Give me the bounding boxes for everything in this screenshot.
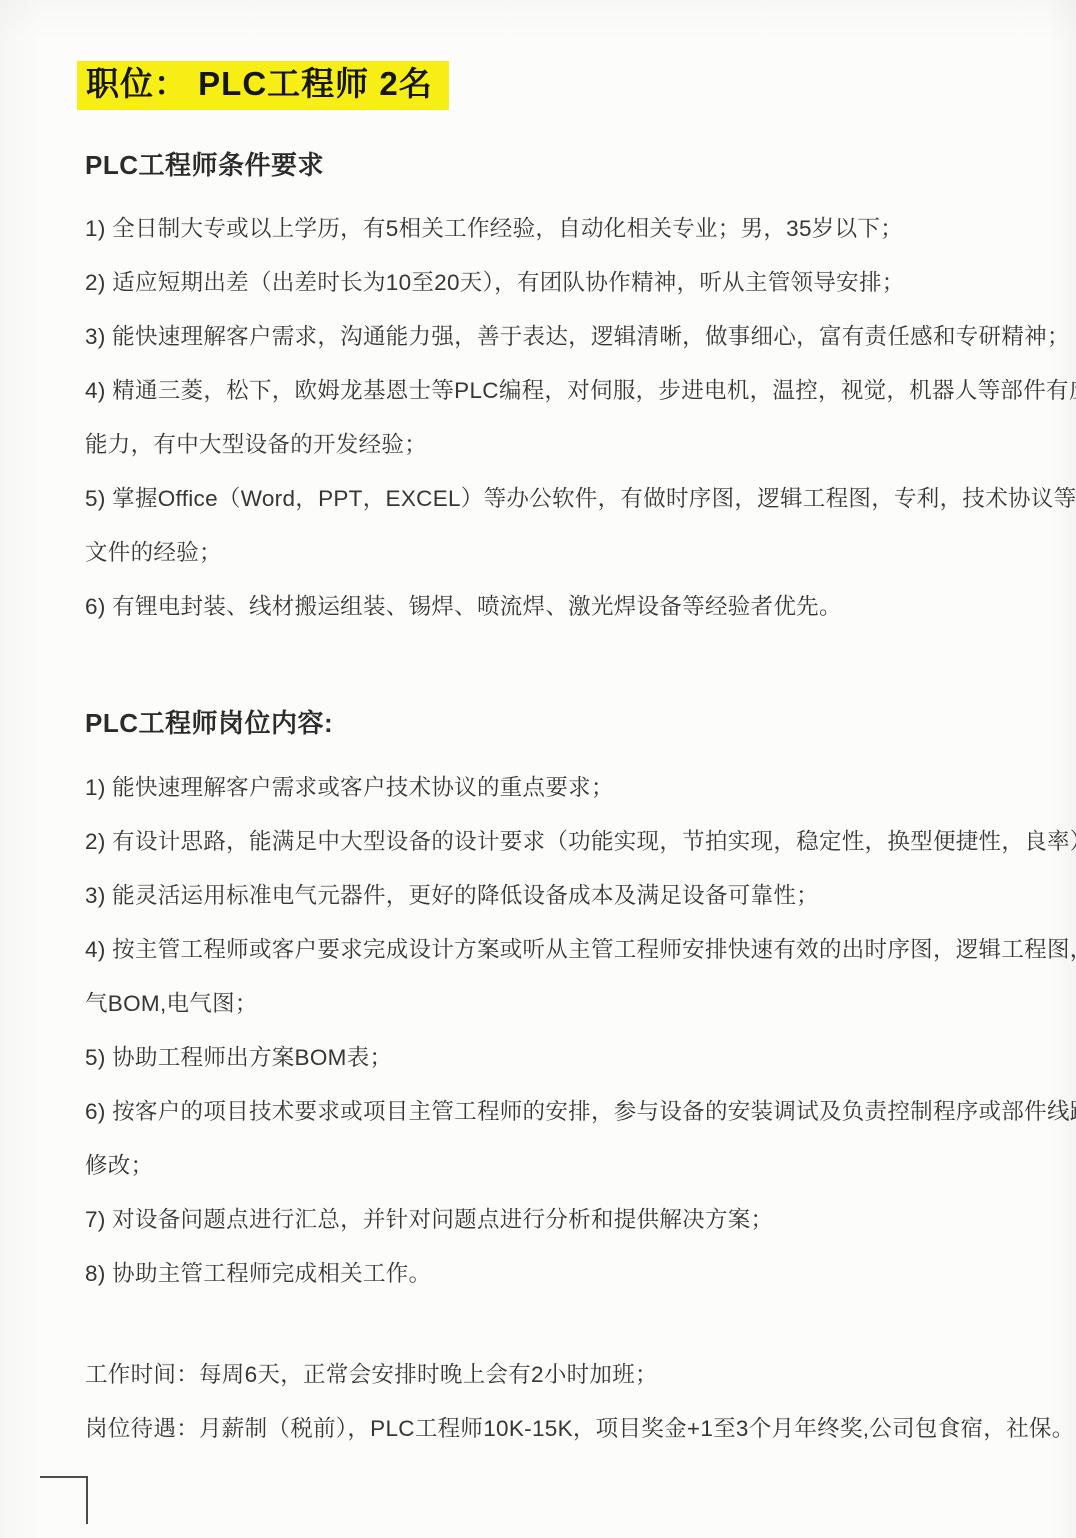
duties-list: 1) 能快速理解客户需求或客户技术协议的重点要求； 2) 有设计思路，能满足中大… [85,761,1060,1301]
requirement-item-4-line-2: 能力，有中大型设备的开发经验； [85,418,1060,472]
job-posting-page: 职位： PLC工程师 2名 PLC工程师条件要求 1) 全日制大专或以上学历，有… [0,0,1076,1538]
requirements-heading: PLC工程师条件要求 [85,150,1060,180]
duty-item-6-line-1: 6) 按客户的项目技术要求或项目主管工程师的安排，参与设备的安装调试及负责控制程… [85,1085,1060,1139]
page-corner-bracket-mark [40,1476,88,1524]
terms-block: 工作时间：每周6天，正常会安排时晚上会有2小时加班； 岗位待遇：月薪制（税前），… [85,1348,1060,1456]
duty-item-3: 3) 能灵活运用标准电气元器件，更好的降低设备成本及满足设备可靠性； [85,869,1060,923]
requirements-list: 1) 全日制大专或以上学历，有5相关工作经验，自动化相关专业；男，35岁以下； … [85,202,1060,634]
duty-item-2: 2) 有设计思路，能满足中大型设备的设计要求（功能实现，节拍实现，稳定性，换型便… [85,815,1060,869]
requirement-item-4-line-1: 4) 精通三菱，松下，欧姆龙基恩士等PLC编程，对伺服，步进电机，温控，视觉，机… [85,364,1060,418]
document-content: 职位： PLC工程师 2名 PLC工程师条件要求 1) 全日制大专或以上学历，有… [0,61,1076,1456]
duties-heading: PLC工程师岗位内容: [85,708,1060,738]
duty-item-8: 8) 协助主管工程师完成相关工作。 [85,1247,1060,1301]
duty-item-4-line-2: 气BOM,电气图； [85,977,1060,1031]
requirement-item-6: 6) 有锂电封装、线材搬运组装、锡焊、喷流焊、激光焊设备等经验者优先。 [85,580,1060,634]
requirement-item-5-line-1: 5) 掌握Office（Word，PPT，EXCEL）等办公软件，有做时序图，逻… [85,472,1060,526]
title-row: 职位： PLC工程师 2名 [77,61,1060,110]
duty-item-5: 5) 协助工程师出方案BOM表； [85,1031,1060,1085]
duty-item-1: 1) 能快速理解客户需求或客户技术协议的重点要求； [85,761,1060,815]
requirement-item-5-line-2: 文件的经验； [85,526,1060,580]
requirement-item-2: 2) 适应短期出差（出差时长为10至20天），有团队协作精神，听从主管领导安排； [85,256,1060,310]
duty-item-6-line-2: 修改； [85,1139,1060,1193]
requirement-item-1: 1) 全日制大专或以上学历，有5相关工作经验，自动化相关专业；男，35岁以下； [85,202,1060,256]
duty-item-7: 7) 对设备问题点进行汇总，并针对问题点进行分析和提供解决方案； [85,1193,1060,1247]
duty-item-4-line-1: 4) 按主管工程师或客户要求完成设计方案或听从主管工程师安排快速有效的出时序图，… [85,923,1060,977]
work-time-line: 工作时间：每周6天，正常会安排时晚上会有2小时加班； [85,1348,1060,1402]
salary-line: 岗位待遇：月薪制（税前），PLC工程师10K-15K，项目奖金+1至3个月年终奖… [85,1402,1060,1456]
job-title: 职位： PLC工程师 2名 [77,61,449,110]
requirement-item-3: 3) 能快速理解客户需求，沟通能力强，善于表达，逻辑清晰，做事细心，富有责任感和… [85,310,1060,364]
